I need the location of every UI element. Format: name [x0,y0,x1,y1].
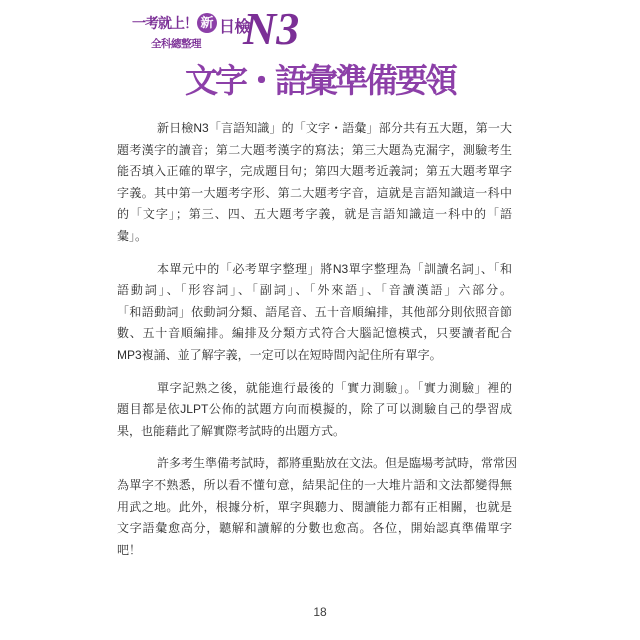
text-line: 題目都是依JLPT公佈的試題方向而模擬的，除了可以測驗自己的學習成 [117,399,512,421]
text-line: 彙」。 [117,226,512,248]
text-line: 果，也能藉此了解實際考試時的出題方式。 [117,421,512,443]
level-logo: N3 [243,6,299,52]
text-line: 吧！ [117,540,512,562]
series-subtitle: 全科總整理 [151,36,201,51]
text-line: 本單元中的「必考單字整理」將N3單字整理為「訓讀名詞」、「和 [117,259,512,281]
new-badge: 新 [197,13,217,33]
text-line: 用武之地。此外，根據分析，單字與聽力、閱讀能力都有正相關，也就是 [117,497,512,519]
page-title: 文字・語彙準備要領 [0,61,640,101]
text-line: 文字語彙愈高分，聽解和讀解的分數也愈高。各位，開始認真準備單字 [117,518,512,540]
text-line: MP3複誦、並了解字義，一定可以在短時間內記住所有單字。 [117,345,512,367]
text-line: 新日檢N3「言語知識」的「文字・語彙」部分共有五大題，第一大 [117,118,512,140]
series-slogan: 一考就上！ [132,13,197,33]
text-line: 字義。其中第一大題考字形、第二大題考字音，這就是言語知識這一科中 [117,183,512,205]
book-page: 一考就上！ 全科總整理 新 日檢 N3 文字・語彙準備要領 新日檢N3「言語知識… [0,0,640,640]
paragraph: 新日檢N3「言語知識」的「文字・語彙」部分共有五大題，第一大題考漢字的讀音；第二… [117,118,512,248]
paragraph: 許多考生準備考試時，都將重點放在文法。但是臨場考試時，常常因為單字不熟悉，所以看… [117,453,512,561]
text-line: 題考漢字的讀音；第二大題考漢字的寫法；第三大題為克漏字，測驗考生 [117,140,512,162]
text-line: 許多考生準備考試時，都將重點放在文法。但是臨場考試時，常常因 [117,453,512,475]
text-line: 的「文字」；第三、四、五大題考字義，就是言語知識這一科中的「語 [117,204,512,226]
text-line: 語動詞」、「形容詞」、「副詞」、「外來語」、「音讀漢語」六部分。 [117,280,512,302]
body-text: 新日檢N3「言語知識」的「文字・語彙」部分共有五大題，第一大題考漢字的讀音；第二… [117,118,512,572]
page-number: 18 [0,605,640,619]
paragraph: 單字記熟之後，就能進行最後的「實力測驗」。「實力測驗」裡的題目都是依JLPT公佈… [117,378,512,443]
text-line: 數、五十音順編排。編排及分類方式符合大腦記憶模式，只要讀者配合 [117,323,512,345]
text-line: 能否填入正確的單字，完成題目句；第四大題考近義詞；第五大題考單字 [117,161,512,183]
text-line: 單字記熟之後，就能進行最後的「實力測驗」。「實力測驗」裡的 [117,378,512,400]
paragraph: 本單元中的「必考單字整理」將N3單字整理為「訓讀名詞」、「和語動詞」、「形容詞」… [117,259,512,367]
text-line: 「和語動詞」依動詞分類、語尾音、五十音順編排，其他部分則依照音節 [117,302,512,324]
text-line: 為單字不熟悉，所以看不懂句意，結果記住的一大堆片語和文法都變得無 [117,475,512,497]
